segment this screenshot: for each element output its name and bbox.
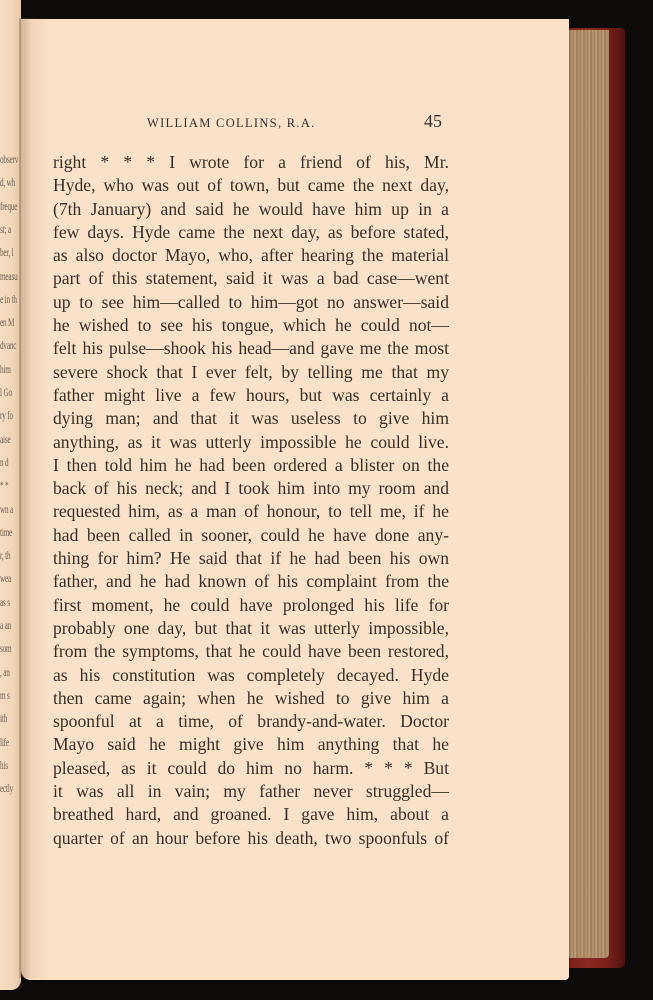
right-page: WILLIAM COLLINS, R.A. 45 right * * * I w… [21,19,569,980]
text-line: Hyde, who was out of town, but came the … [53,174,449,197]
text-line: father might live a few hours, but was c… [53,384,449,407]
text-line: back of his neck; and I took him into my… [53,477,449,500]
left-page-fragment: n d [0,455,8,470]
left-page-fragment: him [0,362,11,377]
left-page: observd, whfrequest; aber, lmeasue in th… [0,0,21,990]
text-line: anything, as it was utterly impossible h… [53,431,449,454]
text-line: had been called in sooner, could he have… [53,524,449,547]
text-line: felt his pulse—shook his head—and gave m… [53,337,449,360]
left-page-fragment: ith [0,711,7,726]
page-number: 45 [424,111,442,132]
text-line: requested him, as a man of honour, to te… [53,500,449,523]
left-page-fragment: * * [0,478,8,493]
left-page-fragment: wea [0,571,11,586]
text-line: he wished to see his tongue, which he co… [53,314,449,337]
text-line: pleased, as it could do him no harm. * *… [53,757,449,780]
text-line: father, and he had known of his complain… [53,570,449,593]
left-page-fragment: measu [0,269,18,284]
left-page-fragment: st; a [0,222,11,237]
running-head: WILLIAM COLLINS, R.A. [147,116,316,131]
left-page-fragment: dvanc [0,338,16,353]
left-page-fragment: , an [0,665,10,680]
text-line: up to see him—called to him—got no answe… [53,291,449,314]
text-line: dying man; and that it was useless to gi… [53,407,449,430]
left-page-fragment: m s [0,688,10,703]
text-line: thing for him? He said that if he had be… [53,547,449,570]
page-body-text: right * * * I wrote for a friend of his,… [53,151,449,850]
left-page-fragment: aise [0,432,10,447]
left-page-fragment: freque [0,199,17,214]
left-page-fragment: ber, l [0,245,13,260]
left-page-fragment: observ [0,152,18,167]
left-page-fragment: as s [0,595,10,610]
text-line: severe shock that I ever felt, by tellin… [53,361,449,384]
left-page-fragment: a an [0,618,11,633]
left-page-fragment: life [0,735,9,750]
text-line: as his constitution was completely decay… [53,664,449,687]
text-line: right * * * I wrote for a friend of his,… [53,151,449,174]
text-line: breathed hard, and groaned. I gave him, … [53,803,449,826]
text-line: it was all in vain; my father never stru… [53,780,449,803]
left-page-fragment: ectly [0,781,13,796]
text-line: first moment, he could have prolonged hi… [53,594,449,617]
left-page-fragment: time [0,525,12,540]
text-line: few days. Hyde came the next day, as bef… [53,221,449,244]
text-line: probably one day, but that it was utterl… [53,617,449,640]
text-line: (7th January) and said he would have him… [53,198,449,221]
left-page-fragment: l Go [0,385,12,400]
left-page-fragment: ry fo [0,408,13,423]
left-page-fragment: e in th [0,292,17,307]
text-line: then came again; when he wished to give … [53,687,449,710]
text-line: Mayo said he might give him anything tha… [53,733,449,756]
left-page-fragment: wn a [0,502,13,517]
left-page-fragment: r, th [0,548,10,563]
left-page-fragment: som [0,641,11,656]
left-page-fragment: d, wh [0,175,15,190]
text-line: I then told him he had been ordered a bl… [53,454,449,477]
text-line: quarter of an hour before his death, two… [53,827,449,850]
text-line: from the symptoms, that he could have be… [53,640,449,663]
page-fore-edges [565,30,609,958]
text-line: part of this statement, said it was a ba… [53,267,449,290]
left-page-fragment: his [0,758,8,773]
text-line: spoonful at a time, of brandy-and-water.… [53,710,449,733]
left-page-fragment: en M [0,315,14,330]
text-line: as also doctor Mayo, who, after hearing … [53,244,449,267]
